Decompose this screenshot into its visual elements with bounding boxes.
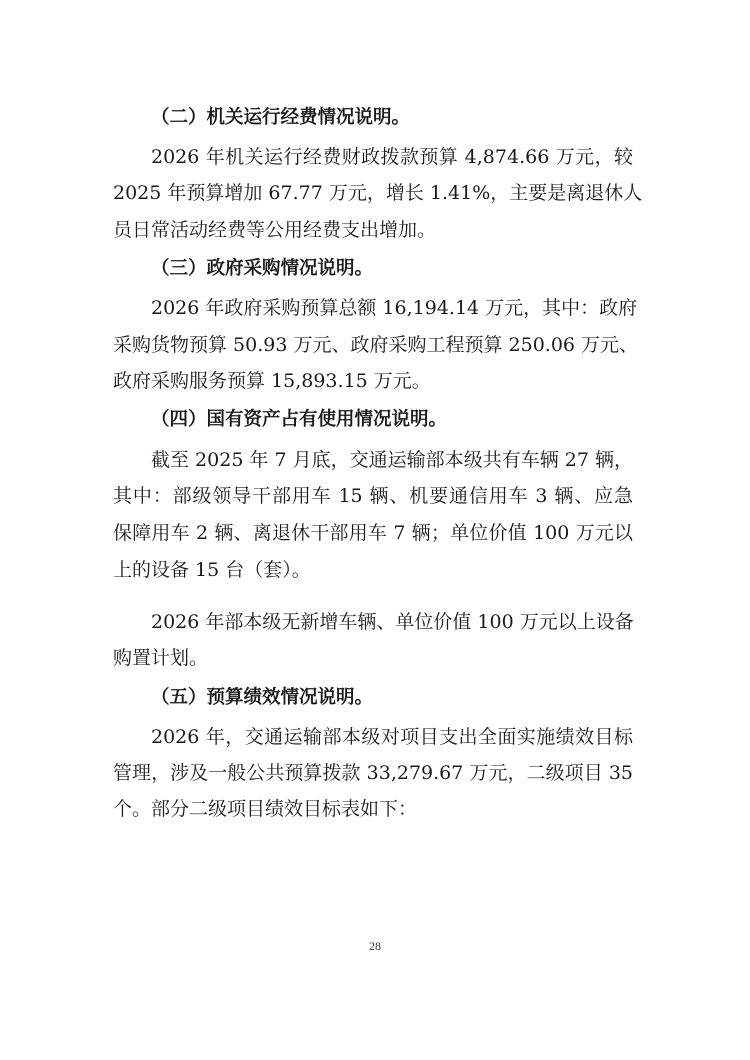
section-heading-5: （五）预算绩效情况说明。 xyxy=(151,683,633,713)
paragraph-line: 管理，涉及一般公共预算拨款 33,279.67 万元，二级项目 35 xyxy=(113,758,633,788)
section-heading-3: （三）政府采购情况说明。 xyxy=(151,254,633,284)
paragraph-line: 2025 年预算增加 67.77 万元，增长 1.41%，主要是离退休人 xyxy=(113,178,633,208)
section-heading-2: （二）机关运行经费情况说明。 xyxy=(151,103,633,133)
paragraph-line: 截至 2025 年 7 月底，交通运输部本级共有车辆 27 辆， xyxy=(151,445,633,475)
document-page: （二）机关运行经费情况说明。 2026 年机关运行经费财政拨款预算 4,874.… xyxy=(0,0,750,1060)
paragraph-line: 员日常活动经费等公用经费支出增加。 xyxy=(113,215,633,245)
page-number: 28 xyxy=(0,939,750,954)
paragraph-line: 2026 年部本级无新增车辆、单位价值 100 万元以上设备 xyxy=(151,607,633,637)
paragraph-line: 2026 年政府采购预算总额 16,194.14 万元，其中：政府 xyxy=(151,293,633,323)
paragraph-line: 2026 年，交通运输部本级对项目支出全面实施绩效目标 xyxy=(151,722,633,752)
section-heading-4: （四）国有资产占有使用情况说明。 xyxy=(151,405,633,435)
paragraph-line: 采购货物预算 50.93 万元、政府采购工程预算 250.06 万元、 xyxy=(113,330,633,360)
paragraph-line: 2026 年机关运行经费财政拨款预算 4,874.66 万元，较 xyxy=(151,142,633,172)
paragraph-line: 政府采购服务预算 15,893.15 万元。 xyxy=(113,366,633,396)
paragraph-line: 个。部分二级项目绩效目标表如下： xyxy=(113,794,633,824)
paragraph-line: 上的设备 15 台（套）。 xyxy=(113,555,633,585)
paragraph-line: 保障用车 2 辆、离退休干部用车 7 辆；单位价值 100 万元以 xyxy=(113,518,633,548)
paragraph-line: 购置计划。 xyxy=(113,643,633,673)
paragraph-line: 其中：部级领导干部用车 15 辆、机要通信用车 3 辆、应急 xyxy=(113,481,633,511)
